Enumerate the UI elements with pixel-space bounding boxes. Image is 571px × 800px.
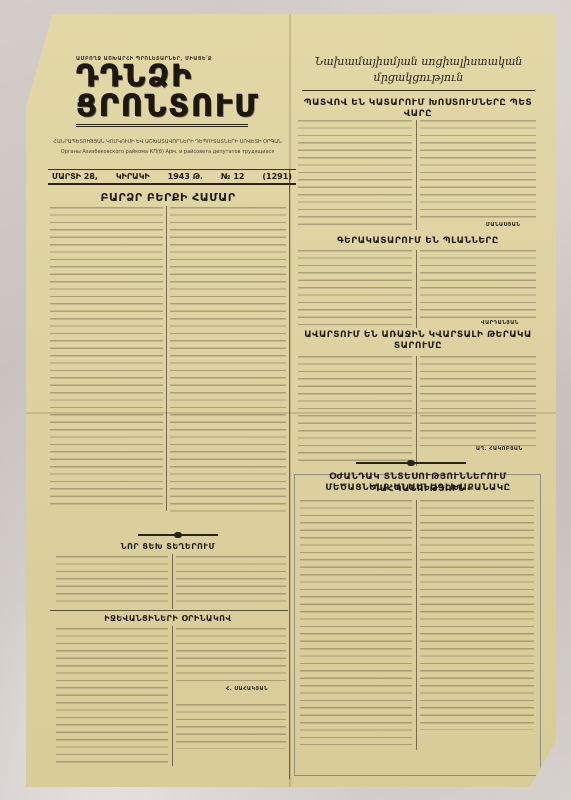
- article-4-column-1: [298, 356, 412, 466]
- article-2-headline: ՊԱՏՎՈՎ ԵՆ ԿԱՏԱՐՈՒՄ ԽՈՍՏՈՒՄՆԵՐԸ ՊԵՏ ՎԱՐԸ: [298, 98, 538, 120]
- article-4-signature: ԱՂ. ՀԱԿՈԲՅԱՆ: [476, 446, 523, 452]
- masthead-subline: ՀԱՆՐԱՊԵՏՈՒԹՅԱՆ ԿՈՄԿՈՒՍԻ ԵՎ ԱՇԽԱՏԱՎՈՐՆԵՐԻ…: [50, 139, 285, 145]
- right-header: Նախամայիսմյան սոցիալիստական մրցակցությու…: [296, 54, 541, 91]
- slogan-line2: մրցակցություն: [296, 70, 541, 86]
- masthead-title-line1: ԴԴՆՁԻ: [76, 62, 285, 92]
- article-6-column-2: [176, 556, 286, 606]
- ornament-rule: [138, 534, 218, 536]
- article-4-column-2: [420, 356, 536, 446]
- ornament-rule: [356, 462, 466, 464]
- article-7-signature: Հ. ՍԱՀԱԿՅԱՆ: [226, 686, 268, 692]
- page-center-divider: [289, 169, 290, 779]
- article-7-column-2b: [176, 704, 286, 749]
- article-3-column-1: [298, 250, 412, 325]
- article-7-column-1: [56, 628, 168, 763]
- article-5-column-2: [420, 500, 534, 730]
- article-1-column-1: [50, 207, 163, 507]
- column-divider: [166, 206, 167, 511]
- dateline-issue-total: (1291): [262, 172, 292, 181]
- dateline-weekday: ԿԻՐԱԿԻ: [116, 172, 150, 181]
- article-5-column-1: [300, 500, 412, 745]
- article-7-headline: ԻՋԵՎԱՆՑԻՆԵՐԻ ՕՐԻՆԱԿՈՎ: [48, 614, 288, 624]
- column-divider: [416, 356, 417, 466]
- article-3-signature: ՎԱՐԴԱՆՅԱՆ: [481, 320, 519, 326]
- column-divider: [416, 500, 417, 750]
- section-rule: [50, 610, 288, 611]
- article-2-column-1: [298, 120, 412, 230]
- column-divider: [416, 250, 417, 328]
- header-rule: [302, 90, 535, 91]
- dateline-issue: № 12: [221, 172, 245, 181]
- article-2-signature: ՄԱՆԱՍՅԱՆ: [486, 222, 520, 228]
- article-2-column-2: [420, 120, 536, 220]
- masthead-subline-russian: Органы Азизбековского райкома КП(б) Арм.…: [50, 149, 285, 155]
- article-6-headline: ՆՈՐ ՑԵԽ ՏԵՂԵՐՈՒՄ: [48, 542, 288, 552]
- article-7-column-2: [176, 628, 286, 683]
- dateline-date: ՄԱՐՏԻ 28,: [52, 172, 98, 181]
- article-1-headline: ԲԱՐՁՐ ԲԵՐՔԻ ՀԱՄԱՐ: [48, 191, 288, 204]
- article-6-column-1: [56, 556, 168, 606]
- article-3-headline: ԳԵՐԱԿԱՏԱՐՈՒՄ ԵՆ ՊԼԱՆՆԵՐԸ: [298, 236, 538, 247]
- newspaper-page: ԱՄԲՈՂՋ ԱՇԽԱՐՀԻ ՊՐՈԼԵՏԱՐՆԵՐ, ՄԻԱՑԵ՛Ք ԴԴՆՁ…: [26, 14, 556, 787]
- column-divider: [172, 626, 173, 766]
- column-divider: [172, 554, 173, 609]
- article-5-headline-line2: ՊԱՀՊԱՆՈՒԹՅՈՒՆ: [298, 484, 538, 495]
- dateline-year: 1943 Թ.: [168, 172, 203, 181]
- article-3-column-2: [420, 250, 536, 318]
- article-1-column-2: [170, 207, 286, 512]
- dateline: ՄԱՐՏԻ 28, ԿԻՐԱԿԻ 1943 Թ. № 12 (1291): [48, 169, 296, 185]
- article-4-headline: ԱՎԱՐՏՈՒՄ ԵՆ ԱՌԱՋԻՆ ԿՎԱՐՏԱԼԻ ԹԵՐԱԿԱ ՏԱՐՈՒ…: [298, 330, 538, 352]
- masthead: ԱՄԲՈՂՋ ԱՇԽԱՐՀԻ ՊՐՈԼԵՏԱՐՆԵՐ, ՄԻԱՑԵ՛Ք ԴԴՆՁ…: [50, 56, 285, 155]
- slogan-line1: Նախամայիսմյան սոցիալիստական: [296, 54, 541, 70]
- column-divider: [416, 120, 417, 230]
- masthead-title-line2: ՑՐՈՆՏՈՒՄ: [76, 92, 248, 127]
